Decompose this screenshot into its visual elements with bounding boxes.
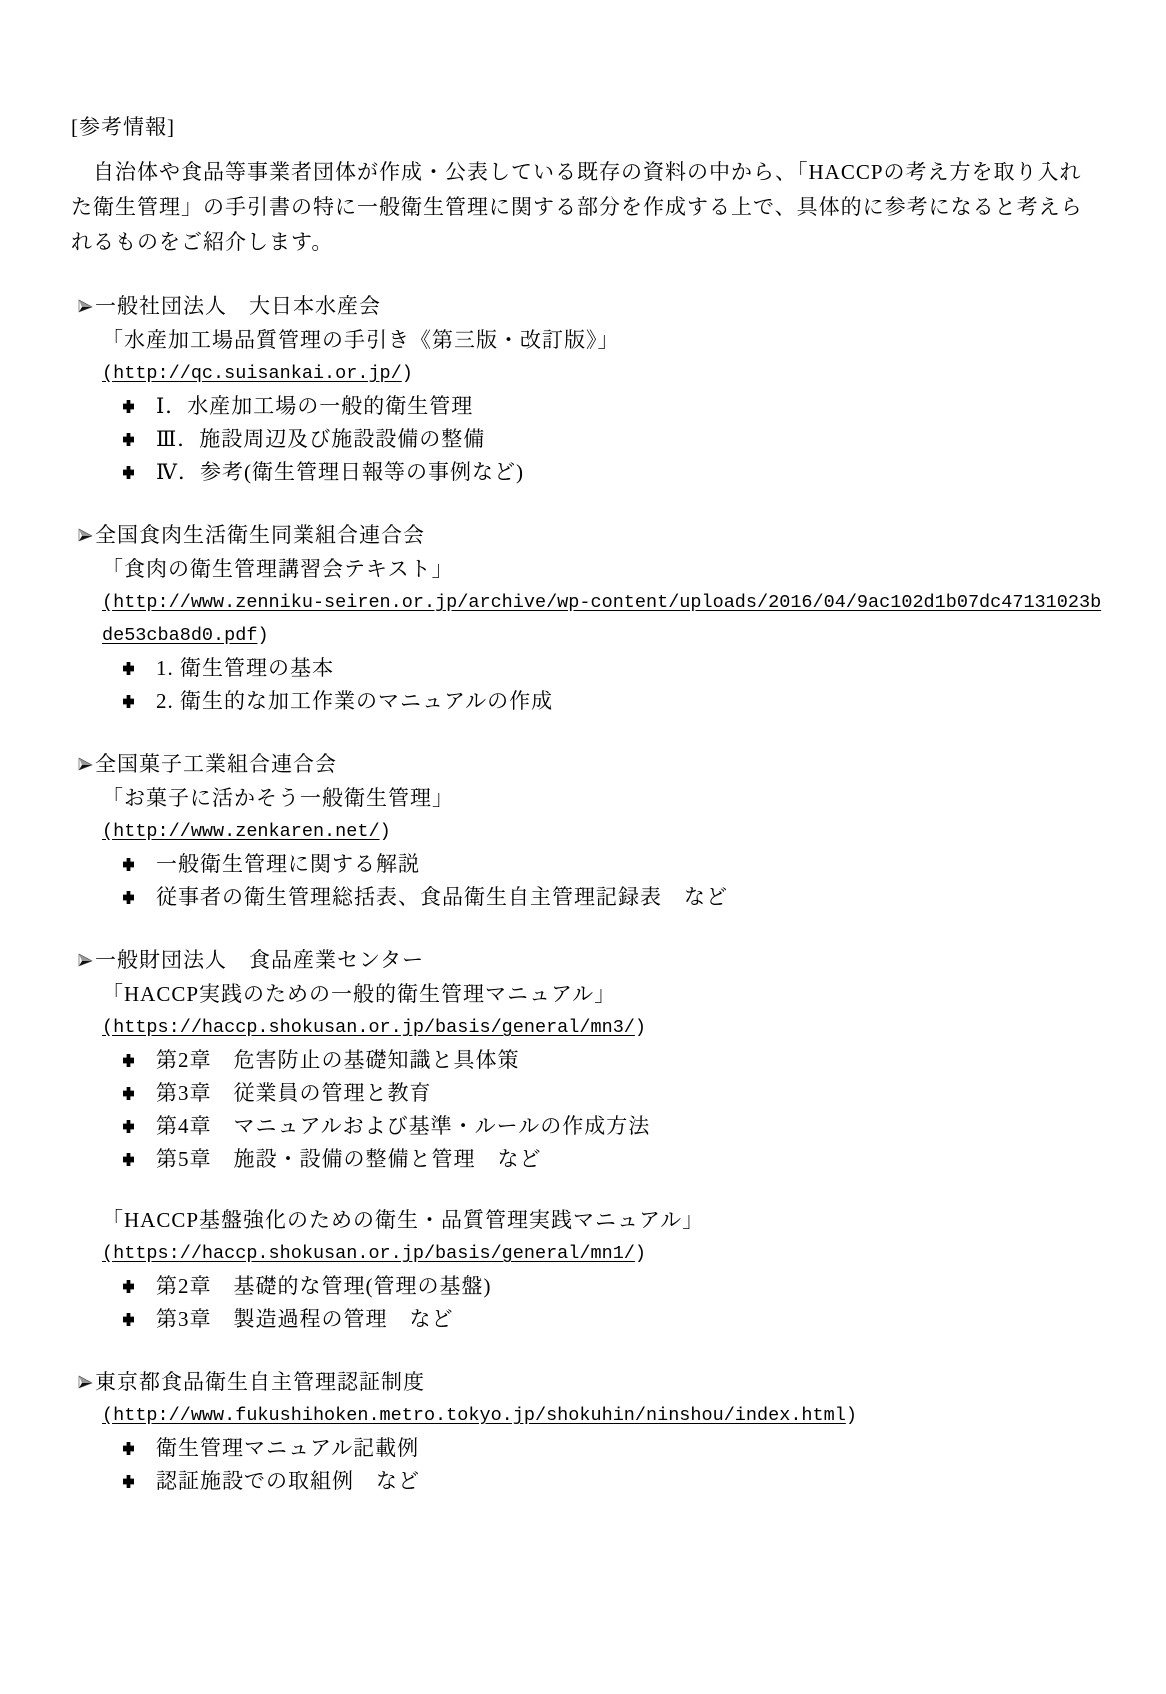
plus-bullet-icon <box>123 1442 134 1455</box>
list-item-text: Ⅲ．施設周辺及び施設設備の整備 <box>156 423 485 456</box>
resource-title: 「食肉の衛生管理講習会テキスト」 <box>102 552 1110 586</box>
list-item: 第3章 従業員の管理と教育 <box>123 1077 1110 1110</box>
list-item-text: 1. 衛生管理の基本 <box>156 652 334 685</box>
resource-url-link[interactable]: https://haccp.shokusan.or.jp/basis/gener… <box>113 1243 635 1264</box>
list-item: 従事者の衛生管理総括表、食品衛生自主管理記録表 など <box>123 881 1110 914</box>
org-heading: 一般財団法人 食品産業センター <box>77 943 1110 977</box>
list-item: 第2章 基礎的な管理(管理の基盤) <box>123 1270 1110 1303</box>
resource-block: 「水産加工場品質管理の手引き《第三版・改訂版》」 (http://qc.suis… <box>102 323 1110 489</box>
org-name: 一般社団法人 大日本水産会 <box>95 289 381 323</box>
intro-paragraph: 自治体や食品等事業者団体が作成・公表している既存の資料の中から、「HACCPの考… <box>71 155 1085 260</box>
close-paren: ) <box>380 821 391 842</box>
resource-item-list: 第2章 危害防止の基礎知識と具体策 第3章 従業員の管理と教育 第4章 マニュア… <box>102 1044 1110 1176</box>
list-item: 第5章 施設・設備の整備と管理 など <box>123 1143 1110 1176</box>
resource-url-link[interactable]: http://www.fukushihoken.metro.tokyo.jp/s… <box>113 1405 846 1426</box>
arrowhead-bullet-icon <box>77 298 94 314</box>
list-item: 衛生管理マニュアル記載例 <box>123 1432 1110 1465</box>
resource-title: 「水産加工場品質管理の手引き《第三版・改訂版》」 <box>102 323 1110 357</box>
plus-bullet-icon <box>123 1054 134 1067</box>
plus-bullet-icon <box>123 400 134 413</box>
plus-bullet-icon <box>123 1280 134 1293</box>
resource-item-list: 1. 衛生管理の基本 2. 衛生的な加工作業のマニュアルの作成 <box>102 652 1110 718</box>
list-item-text: 第3章 製造過程の管理 など <box>156 1303 454 1336</box>
list-item: 一般衛生管理に関する解説 <box>123 848 1110 881</box>
resource-item-list: Ⅰ．水産加工場の一般的衛生管理 Ⅲ．施設周辺及び施設設備の整備 Ⅳ．参考(衛生管… <box>102 390 1110 489</box>
plus-bullet-icon <box>123 466 134 479</box>
arrowhead-bullet-icon <box>77 756 94 772</box>
list-item-text: 認証施設での取組例 など <box>156 1465 420 1498</box>
list-item-text: 一般衛生管理に関する解説 <box>156 848 420 881</box>
org-heading: 東京都食品衛生自主管理認証制度 <box>77 1365 1110 1399</box>
org-name: 全国食肉生活衛生同業組合連合会 <box>95 518 425 552</box>
plus-bullet-icon <box>123 695 134 708</box>
resource-block: 「HACCP基盤強化のための衛生・品質管理実践マニュアル」 (https://h… <box>102 1203 1110 1336</box>
open-paren: ( <box>102 592 113 613</box>
resource-url-link[interactable]: http://www.zenniku-seiren.or.jp/archive/… <box>102 592 1101 646</box>
resource-url-line: (https://haccp.shokusan.or.jp/basis/gene… <box>102 1011 1106 1044</box>
open-paren: ( <box>102 1017 113 1038</box>
resource-url-line: (https://haccp.shokusan.or.jp/basis/gene… <box>102 1237 1106 1270</box>
resource-url-line: (http://www.zenniku-seiren.or.jp/archive… <box>102 586 1106 652</box>
list-item-text: 第2章 危害防止の基礎知識と具体策 <box>156 1044 520 1077</box>
list-item: 第4章 マニュアルおよび基準・ルールの作成方法 <box>123 1110 1110 1143</box>
section-tokyo: 東京都食品衛生自主管理認証制度 (http://www.fukushihoken… <box>71 1365 1110 1498</box>
resource-url-link[interactable]: https://haccp.shokusan.or.jp/basis/gener… <box>113 1017 635 1038</box>
arrowhead-bullet-icon <box>77 527 94 543</box>
plus-bullet-icon <box>123 1313 134 1326</box>
resource-title: 「お菓子に活かそう一般衛生管理」 <box>102 781 1110 815</box>
open-paren: ( <box>102 1405 113 1426</box>
close-paren: ) <box>846 1405 857 1426</box>
plus-bullet-icon <box>123 1120 134 1133</box>
resource-title: 「HACCP実践のための一般的衛生管理マニュアル」 <box>102 977 1110 1011</box>
list-item: 第3章 製造過程の管理 など <box>123 1303 1110 1336</box>
open-paren: ( <box>102 821 113 842</box>
plus-bullet-icon <box>123 433 134 446</box>
list-item-text: Ⅰ．水産加工場の一般的衛生管理 <box>156 390 473 423</box>
document-page: [参考情報] 自治体や食品等事業者団体が作成・公表している既存の資料の中から、「… <box>0 0 1166 1694</box>
plus-bullet-icon <box>123 1087 134 1100</box>
resource-url-line: (http://qc.suisankai.or.jp/) <box>102 357 1106 390</box>
list-item-text: 第4章 マニュアルおよび基準・ルールの作成方法 <box>156 1110 650 1143</box>
plus-bullet-icon <box>123 1475 134 1488</box>
list-item: Ⅲ．施設周辺及び施設設備の整備 <box>123 423 1110 456</box>
plus-bullet-icon <box>123 1153 134 1166</box>
plus-bullet-icon <box>123 891 134 904</box>
list-item-text: 従事者の衛生管理総括表、食品衛生自主管理記録表 など <box>156 881 728 914</box>
open-paren: ( <box>102 1243 113 1264</box>
arrowhead-bullet-icon <box>77 1374 94 1390</box>
list-item-text: 第5章 施設・設備の整備と管理 など <box>156 1143 542 1176</box>
org-heading: 一般社団法人 大日本水産会 <box>77 289 1110 323</box>
resource-url-link[interactable]: http://www.zenkaren.net/ <box>113 821 379 842</box>
resource-title: 「HACCP基盤強化のための衛生・品質管理実践マニュアル」 <box>102 1203 1110 1237</box>
resource-item-list: 第2章 基礎的な管理(管理の基盤) 第3章 製造過程の管理 など <box>102 1270 1110 1336</box>
org-heading: 全国菓子工業組合連合会 <box>77 747 1110 781</box>
list-item-text: 2. 衛生的な加工作業のマニュアルの作成 <box>156 685 553 718</box>
org-name: 全国菓子工業組合連合会 <box>95 747 337 781</box>
resource-url-line: (http://www.fukushihoken.metro.tokyo.jp/… <box>102 1399 1106 1432</box>
section-zenniku: 全国食肉生活衛生同業組合連合会 「食肉の衛生管理講習会テキスト」 (http:/… <box>71 518 1110 718</box>
section-suisankai: 一般社団法人 大日本水産会 「水産加工場品質管理の手引き《第三版・改訂版》」 (… <box>71 289 1110 489</box>
section-zenkaren: 全国菓子工業組合連合会 「お菓子に活かそう一般衛生管理」 (http://www… <box>71 747 1110 914</box>
plus-bullet-icon <box>123 858 134 871</box>
resource-item-list: 一般衛生管理に関する解説 従事者の衛生管理総括表、食品衛生自主管理記録表 など <box>102 848 1110 914</box>
list-item-text: 第2章 基礎的な管理(管理の基盤) <box>156 1270 492 1303</box>
section-shokusan: 一般財団法人 食品産業センター 「HACCP実践のための一般的衛生管理マニュアル… <box>71 943 1110 1336</box>
resource-block: 「HACCP実践のための一般的衛生管理マニュアル」 (https://haccp… <box>102 977 1110 1176</box>
list-item-text: 衛生管理マニュアル記載例 <box>156 1432 419 1465</box>
close-paren: ) <box>635 1243 646 1264</box>
list-item: 第2章 危害防止の基礎知識と具体策 <box>123 1044 1110 1077</box>
org-name: 一般財団法人 食品産業センター <box>95 943 424 977</box>
resource-url-link[interactable]: http://qc.suisankai.or.jp/ <box>113 363 402 384</box>
resource-block: (http://www.fukushihoken.metro.tokyo.jp/… <box>102 1399 1110 1498</box>
resource-url-line: (http://www.zenkaren.net/) <box>102 815 1106 848</box>
resource-block: 「お菓子に活かそう一般衛生管理」 (http://www.zenkaren.ne… <box>102 781 1110 914</box>
close-paren: ) <box>402 363 413 384</box>
list-item: Ⅰ．水産加工場の一般的衛生管理 <box>123 390 1110 423</box>
list-item-text: 第3章 従業員の管理と教育 <box>156 1077 432 1110</box>
close-paren: ) <box>257 625 268 646</box>
list-item: 2. 衛生的な加工作業のマニュアルの作成 <box>123 685 1110 718</box>
resource-block: 「食肉の衛生管理講習会テキスト」 (http://www.zenniku-sei… <box>102 552 1110 718</box>
plus-bullet-icon <box>123 662 134 675</box>
resource-item-list: 衛生管理マニュアル記載例 認証施設での取組例 など <box>102 1432 1110 1498</box>
list-item-text: Ⅳ．参考(衛生管理日報等の事例など) <box>156 456 524 489</box>
close-paren: ) <box>635 1017 646 1038</box>
page-title: [参考情報] <box>71 110 1110 144</box>
org-name: 東京都食品衛生自主管理認証制度 <box>95 1365 425 1399</box>
arrowhead-bullet-icon <box>77 952 94 968</box>
list-item: 1. 衛生管理の基本 <box>123 652 1110 685</box>
org-heading: 全国食肉生活衛生同業組合連合会 <box>77 518 1110 552</box>
list-item: Ⅳ．参考(衛生管理日報等の事例など) <box>123 456 1110 489</box>
open-paren: ( <box>102 363 113 384</box>
list-item: 認証施設での取組例 など <box>123 1465 1110 1498</box>
